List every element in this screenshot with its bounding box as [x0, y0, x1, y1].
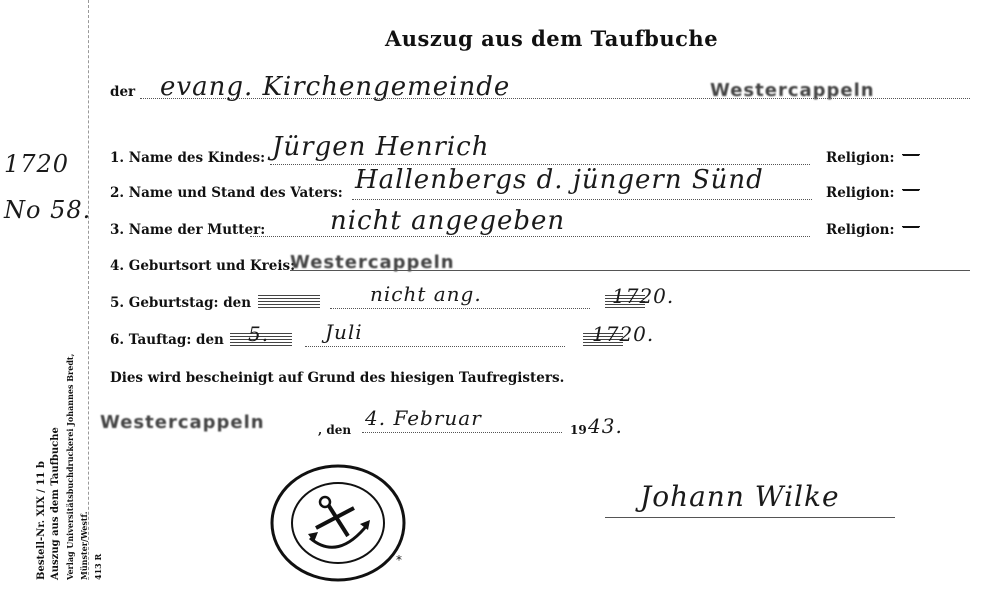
- religion-3-label: Religion:: [826, 222, 894, 238]
- date-underline: [362, 432, 562, 433]
- document-title: Auszug aus dem Taufbuche: [385, 26, 718, 51]
- field-2-underline: [352, 199, 812, 200]
- baptism-year: 1720.: [592, 322, 654, 346]
- issue-date: 4. Februar: [365, 406, 482, 430]
- issue-year: 43.: [588, 414, 623, 438]
- religion-1-label: Religion:: [826, 150, 894, 166]
- svg-text:*: *: [396, 553, 402, 567]
- father-name: Hallenbergs d. jüngern Sünd: [355, 165, 764, 195]
- church-seal: *: [268, 462, 408, 584]
- margin-year: 1720: [4, 150, 69, 178]
- field-3-label: 3. Name der Mutter:: [110, 222, 265, 238]
- anchor-icon: *: [268, 462, 408, 584]
- religion-2-value: —: [902, 179, 920, 200]
- field-3-underline: [250, 236, 810, 237]
- birth-year: 1720.: [612, 284, 674, 308]
- birth-day-struck: [258, 290, 320, 309]
- margin-number: No 58.: [4, 196, 91, 224]
- year-prefix: 19: [570, 423, 587, 437]
- form-name: Auszug aus dem Taufbuche: [49, 320, 63, 580]
- baptism-day: 5.: [248, 322, 269, 346]
- parish-prefix: der: [110, 84, 135, 100]
- birth-date-value: nicht ang.: [370, 282, 482, 306]
- form-code: 413 R: [91, 320, 105, 580]
- field-6-label: 6. Tauftag: den: [110, 332, 224, 348]
- field-1-label: 1. Name des Kindes:: [110, 150, 265, 166]
- field-2-label: 2. Name und Stand des Vaters:: [110, 185, 343, 201]
- religion-3-value: —: [902, 216, 920, 237]
- field-4-underline: [290, 270, 970, 271]
- publisher: Verlag Universitätsbuchdruckerei Johanne…: [63, 320, 91, 580]
- signature: Johann Wilke: [640, 480, 840, 513]
- parish-underline: [140, 98, 970, 99]
- religion-2-label: Religion:: [826, 185, 894, 201]
- field-4-label: 4. Geburtsort und Kreis:: [110, 258, 295, 274]
- certification-text: Dies wird bescheinigt auf Grund des hies…: [110, 370, 564, 386]
- issue-place-blurred: Westercappeln: [100, 412, 265, 433]
- field-6-underline: [305, 346, 565, 347]
- field-5-underline: [330, 308, 590, 309]
- date-den-label: , den: [318, 423, 351, 437]
- signature-line: [605, 517, 895, 518]
- mother-name: nicht angegeben: [330, 206, 565, 236]
- baptism-month: Juli: [325, 320, 363, 344]
- printer-imprint: Bestell-Nr. XIX / 11 b Auszug aus dem Ta…: [35, 320, 95, 580]
- order-number: Bestell-Nr. XIX / 11 b: [35, 320, 49, 580]
- religion-1-value: —: [902, 144, 920, 165]
- field-5-label: 5. Geburtstag: den: [110, 295, 251, 311]
- child-name: Jürgen Henrich: [272, 132, 490, 162]
